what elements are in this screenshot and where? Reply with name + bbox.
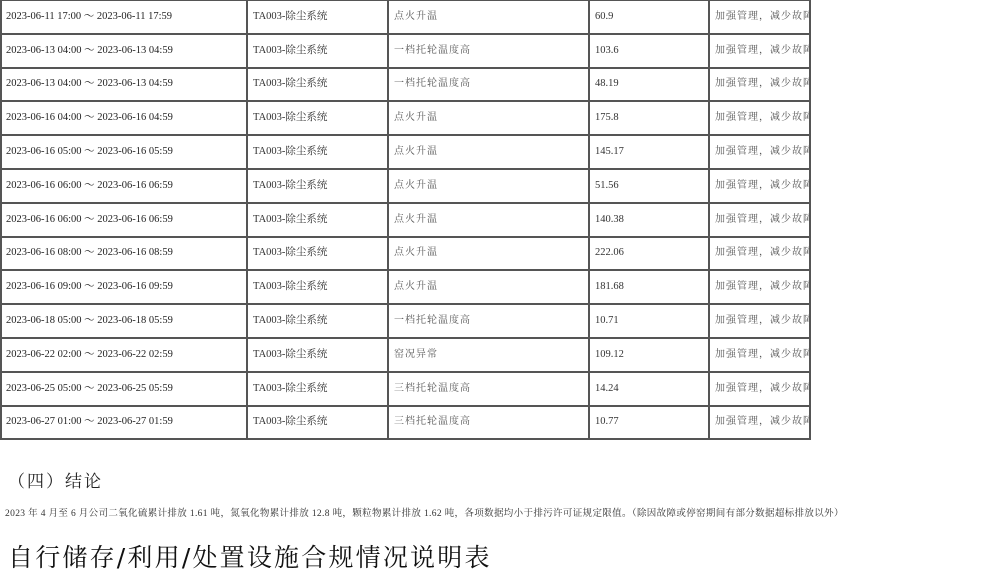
period-cell: 2023-06-11 17:00 ～ 2023-06-11 17:59	[1, 0, 247, 34]
measure-cell: 加强管理，减少故障	[709, 270, 810, 304]
facility-cell: TA003-除尘系统	[247, 0, 388, 34]
facility-cell: TA003-除尘系统	[247, 68, 388, 102]
table-row: 2023-06-13 04:00 ～ 2023-06-13 04:59 TA00…	[1, 68, 1000, 102]
value-cell: 222.06	[589, 237, 709, 271]
measure-cell: 加强管理，减少故障	[709, 237, 810, 271]
period-cell: 2023-06-16 09:00 ～ 2023-06-16 09:59	[1, 270, 247, 304]
value-cell: 140.38	[589, 203, 709, 237]
measure-cell: 加强管理，减少故障	[709, 203, 810, 237]
facility-cell: TA003-除尘系统	[247, 304, 388, 338]
next-section-title: 自行储存/利用/处置设施合规情况说明表	[8, 538, 492, 573]
period-cell: 2023-06-25 05:00 ～ 2023-06-25 05:59	[1, 372, 247, 406]
value-cell: 48.19	[589, 68, 709, 102]
table-body: 2023-06-11 17:00 ～ 2023-06-11 17:59 TA00…	[1, 0, 1000, 439]
value-cell: 60.9	[589, 0, 709, 34]
cause-cell: 点火升温	[388, 135, 589, 169]
value-cell: 10.77	[589, 406, 709, 440]
period-cell: 2023-06-16 06:00 ～ 2023-06-16 06:59	[1, 203, 247, 237]
measure-cell: 加强管理，减少故障	[709, 135, 810, 169]
measure-cell: 加强管理，减少故障	[709, 338, 810, 372]
table-row: 2023-06-16 04:00 ～ 2023-06-16 04:59 TA00…	[1, 101, 1000, 135]
cause-cell: 点火升温	[388, 169, 589, 203]
table-row: 2023-06-16 06:00 ～ 2023-06-16 06:59 TA00…	[1, 203, 1000, 237]
measure-cell: 加强管理，减少故障	[709, 406, 810, 440]
value-cell: 109.12	[589, 338, 709, 372]
value-cell: 145.17	[589, 135, 709, 169]
value-cell: 51.56	[589, 169, 709, 203]
value-cell: 10.71	[589, 304, 709, 338]
value-cell: 103.6	[589, 34, 709, 68]
cause-cell: 窑况异常	[388, 338, 589, 372]
table-row: 2023-06-16 08:00 ～ 2023-06-16 08:59 TA00…	[1, 237, 1000, 271]
measure-cell: 加强管理，减少故障	[709, 68, 810, 102]
measure-cell: 加强管理，减少故障	[709, 372, 810, 406]
conclusion-heading: （四）结论	[8, 467, 103, 492]
cause-cell: 点火升温	[388, 270, 589, 304]
emission-exceedance-table-wrapper: 2023-06-11 17:00 ～ 2023-06-11 17:59 TA00…	[0, 0, 1000, 440]
facility-cell: TA003-除尘系统	[247, 338, 388, 372]
table-row: 2023-06-22 02:00 ～ 2023-06-22 02:59 TA00…	[1, 338, 1000, 372]
cause-cell: 三档托轮温度高	[388, 372, 589, 406]
emission-exceedance-table: 2023-06-11 17:00 ～ 2023-06-11 17:59 TA00…	[0, 0, 1000, 440]
period-cell: 2023-06-16 08:00 ～ 2023-06-16 08:59	[1, 237, 247, 271]
facility-cell: TA003-除尘系统	[247, 101, 388, 135]
facility-cell: TA003-除尘系统	[247, 406, 388, 440]
cause-cell: 一档托轮温度高	[388, 304, 589, 338]
table-row: 2023-06-16 05:00 ～ 2023-06-16 05:59 TA00…	[1, 135, 1000, 169]
period-cell: 2023-06-13 04:00 ～ 2023-06-13 04:59	[1, 34, 247, 68]
value-cell: 175.8	[589, 101, 709, 135]
facility-cell: TA003-除尘系统	[247, 270, 388, 304]
measure-cell: 加强管理，减少故障	[709, 169, 810, 203]
cause-cell: 点火升温	[388, 0, 589, 34]
table-row: 2023-06-16 06:00 ～ 2023-06-16 06:59 TA00…	[1, 169, 1000, 203]
measure-cell: 加强管理，减少故障	[709, 0, 810, 34]
cause-cell: 一档托轮温度高	[388, 34, 589, 68]
facility-cell: TA003-除尘系统	[247, 372, 388, 406]
facility-cell: TA003-除尘系统	[247, 34, 388, 68]
table-row: 2023-06-27 01:00 ～ 2023-06-27 01:59 TA00…	[1, 406, 1000, 440]
measure-cell: 加强管理，减少故障	[709, 304, 810, 338]
cause-cell: 点火升温	[388, 237, 589, 271]
value-cell: 181.68	[589, 270, 709, 304]
measure-cell: 加强管理，减少故障	[709, 34, 810, 68]
period-cell: 2023-06-18 05:00 ～ 2023-06-18 05:59	[1, 304, 247, 338]
table-row: 2023-06-16 09:00 ～ 2023-06-16 09:59 TA00…	[1, 270, 1000, 304]
table-row: 2023-06-11 17:00 ～ 2023-06-11 17:59 TA00…	[1, 0, 1000, 34]
period-cell: 2023-06-16 06:00 ～ 2023-06-16 06:59	[1, 169, 247, 203]
cause-cell: 点火升温	[388, 203, 589, 237]
table-row: 2023-06-25 05:00 ～ 2023-06-25 05:59 TA00…	[1, 372, 1000, 406]
cause-cell: 一档托轮温度高	[388, 68, 589, 102]
table-row: 2023-06-18 05:00 ～ 2023-06-18 05:59 TA00…	[1, 304, 1000, 338]
facility-cell: TA003-除尘系统	[247, 237, 388, 271]
facility-cell: TA003-除尘系统	[247, 135, 388, 169]
period-cell: 2023-06-16 04:00 ～ 2023-06-16 04:59	[1, 101, 247, 135]
table-row: 2023-06-13 04:00 ～ 2023-06-13 04:59 TA00…	[1, 34, 1000, 68]
value-cell: 14.24	[589, 372, 709, 406]
period-cell: 2023-06-27 01:00 ～ 2023-06-27 01:59	[1, 406, 247, 440]
cause-cell: 点火升温	[388, 101, 589, 135]
facility-cell: TA003-除尘系统	[247, 203, 388, 237]
cause-cell: 三档托轮温度高	[388, 406, 589, 440]
facility-cell: TA003-除尘系统	[247, 169, 388, 203]
conclusion-text: 2023 年 4 月至 6 月公司二氧化硫累计排放 1.61 吨，氮氧化物累计排…	[5, 505, 844, 519]
period-cell: 2023-06-16 05:00 ～ 2023-06-16 05:59	[1, 135, 247, 169]
period-cell: 2023-06-13 04:00 ～ 2023-06-13 04:59	[1, 68, 247, 102]
measure-cell: 加强管理，减少故障	[709, 101, 810, 135]
period-cell: 2023-06-22 02:00 ～ 2023-06-22 02:59	[1, 338, 247, 372]
